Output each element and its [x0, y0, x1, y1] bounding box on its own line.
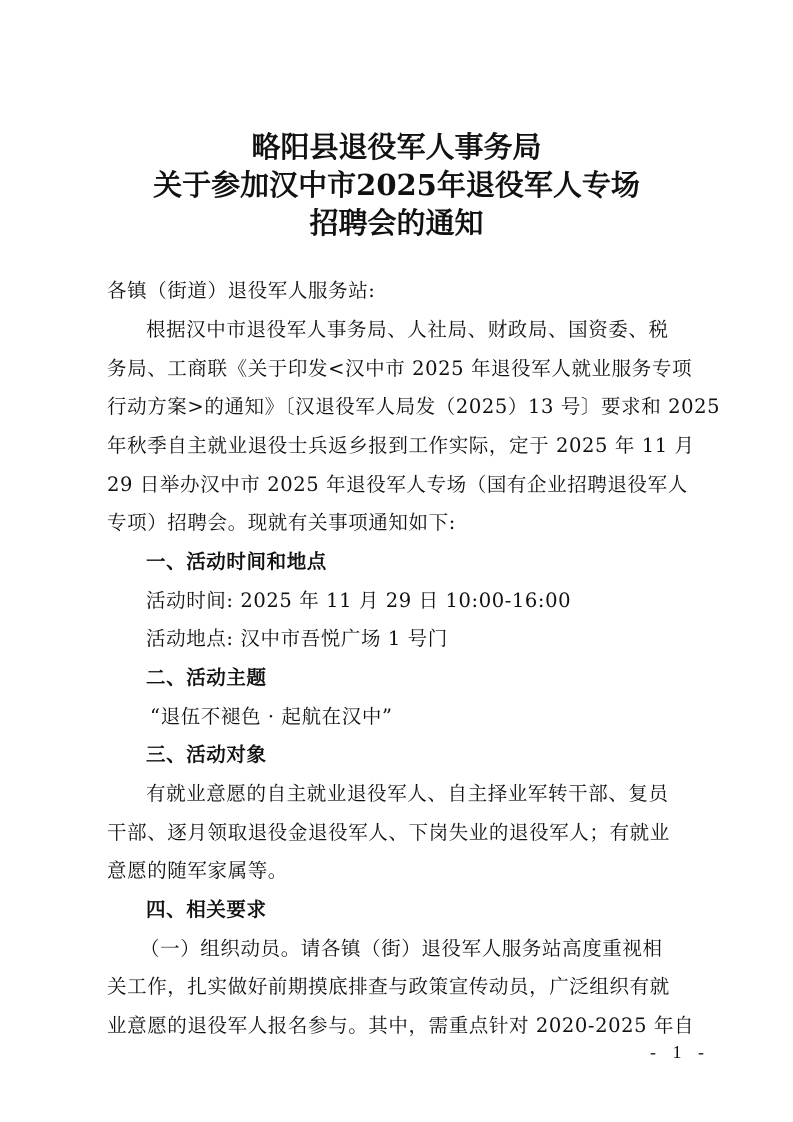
requirement-line: 关工作，扎实做好前期摸底排查与政策宣传动员，广泛组织有就: [107, 974, 707, 1000]
intro-line: 根据汉中市退役军人事务局、人社局、财政局、国资委、税: [146, 317, 746, 343]
activity-place: 活动地点: 汉中市吾悦广场 1 号门: [146, 626, 746, 652]
title-line-1: 略阳县退役军人事务局: [0, 128, 793, 166]
activity-time: 活动时间: 2025 年 11 月 29 日 10:00-16:00: [146, 588, 746, 614]
title-line-3: 招聘会的通知: [0, 204, 793, 242]
target-line: 意愿的随军家属等。: [107, 858, 707, 884]
intro-line: 行动方案>的通知》〔汉退役军人局发（2025）13 号〕要求和 2025: [107, 394, 707, 420]
target-line: 有就业意愿的自主就业退役军人、自主择业军转干部、复员: [146, 781, 746, 807]
page-number: - 1 -: [650, 1042, 710, 1063]
section-heading-1: 一、活动时间和地点: [146, 549, 746, 575]
requirement-line: （一）组织动员。请各镇（街）退役军人服务站高度重视相: [140, 936, 740, 962]
section-heading-3: 三、活动对象: [146, 742, 746, 768]
requirement-line: 业意愿的退役军人报名参与。其中，需重点针对 2020-2025 年自: [107, 1013, 707, 1039]
intro-line: 专项）招聘会。现就有关事项通知如下:: [107, 510, 707, 536]
intro-line: 务局、工商联《关于印发<汉中市 2025 年退役军人就业服务专项: [107, 356, 707, 382]
section-heading-2: 二、活动主题: [146, 665, 746, 691]
activity-theme: “退伍不褪色 · 起航在汉中”: [150, 704, 750, 730]
addressee: 各镇（街道）退役军人服务站:: [107, 278, 707, 304]
intro-line: 29 日举办汉中市 2025 年退役军人专场（国有企业招聘退役军人: [107, 472, 707, 498]
section-heading-4: 四、相关要求: [146, 897, 746, 923]
target-line: 干部、逐月领取退役金退役军人、下岗失业的退役军人；有就业: [107, 820, 707, 846]
title-line-2: 关于参加汉中市2025年退役军人专场: [0, 166, 793, 204]
intro-line: 年秋季自主就业退役士兵返乡报到工作实际，定于 2025 年 11 月: [107, 433, 707, 459]
